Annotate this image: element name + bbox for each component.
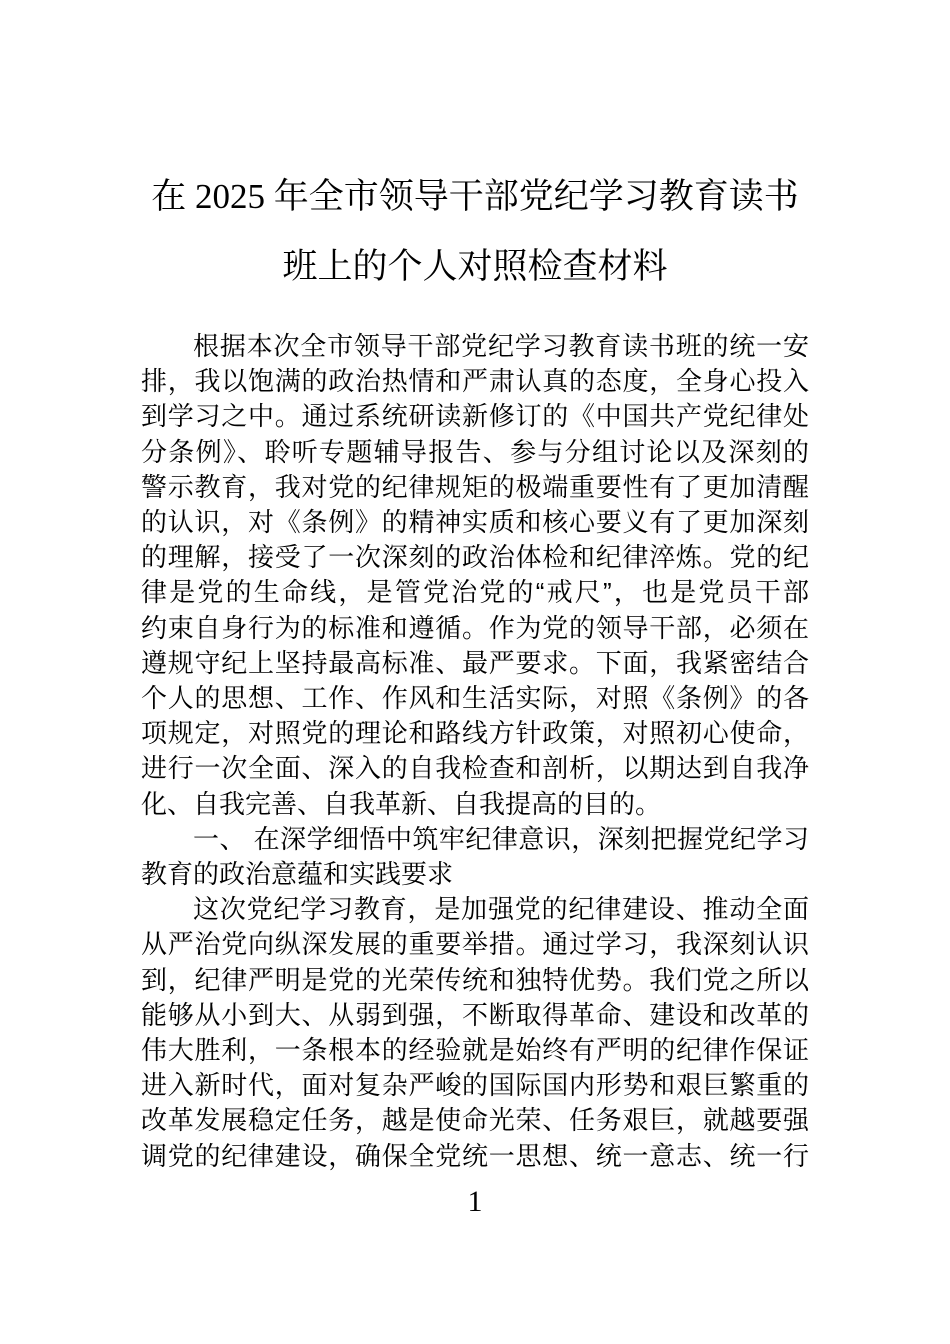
text-line: 约束自身行为的标准和遵循。作为党的领导干部，必须在 xyxy=(141,611,809,646)
text-line: 这次党纪学习教育，是加强党的纪律建设、推动全面 xyxy=(141,892,809,927)
text-line: 分条例》、聆听专题辅导报告、参与分组讨论以及深刻的 xyxy=(141,435,809,470)
text-line: 根据本次全市领导干部党纪学习教育读书班的统一安 xyxy=(141,329,809,364)
text-line: 个人的思想、工作、作风和生活实际，对照《条例》的各 xyxy=(141,681,809,716)
text-line: 伟大胜利，一条根本的经验就是始终有严明的纪律作保证 xyxy=(141,1033,809,1068)
text-line: 调党的纪律建设，确保全党统一思想、统一意志、统一行 xyxy=(141,1139,809,1174)
text-line: 一、 在深学细悟中筑牢纪律意识，深刻把握党纪学习 xyxy=(141,822,809,857)
text-line: 的认识，对《条例》的精神实质和核心要义有了更加深刻 xyxy=(141,505,809,540)
document-title: 在 2025 年全市领导干部党纪学习教育读书 班上的个人对照检查材料 xyxy=(141,0,809,302)
document-body: 根据本次全市领导干部党纪学习教育读书班的统一安排，我以饱满的政治热情和严肃认真的… xyxy=(141,329,809,1174)
intro-paragraph: 根据本次全市领导干部党纪学习教育读书班的统一安排，我以饱满的政治热情和严肃认真的… xyxy=(141,329,809,822)
section-heading-1: 一、 在深学细悟中筑牢纪律意识，深刻把握党纪学习教育的政治意蕴和实践要求 xyxy=(141,822,809,892)
text-line: 改革发展稳定任务，越是使命光荣、任务艰巨，就越要强 xyxy=(141,1103,809,1138)
title-line-1: 在 2025 年全市领导干部党纪学习教育读书 xyxy=(141,162,809,232)
title-line-2: 班上的个人对照检查材料 xyxy=(141,232,809,302)
text-line: 律是党的生命线，是管党治党的“戒尺”，也是党员干部 xyxy=(141,575,809,610)
text-line: 教育的政治意蕴和实践要求 xyxy=(141,857,809,892)
text-line: 遵规守纪上坚持最高标准、最严要求。下面，我紧密结合 xyxy=(141,646,809,681)
text-line: 从严治党向纵深发展的重要举措。通过学习，我深刻认识 xyxy=(141,927,809,962)
text-line: 到，纪律严明是党的光荣传统和独特优势。我们党之所以 xyxy=(141,963,809,998)
text-line: 化、自我完善、自我革新、自我提高的目的。 xyxy=(141,787,809,822)
document-page: 在 2025 年全市领导干部党纪学习教育读书 班上的个人对照检查材料 根据本次全… xyxy=(0,0,950,1344)
text-line: 警示教育，我对党的纪律规矩的极端重要性有了更加清醒 xyxy=(141,470,809,505)
page-number: 1 xyxy=(0,1186,950,1218)
text-line: 进行一次全面、深入的自我检查和剖析，以期达到自我净 xyxy=(141,751,809,786)
text-line: 的理解，接受了一次深刻的政治体检和纪律淬炼。党的纪 xyxy=(141,540,809,575)
text-line: 到学习之中。通过系统研读新修订的《中国共产党纪律处 xyxy=(141,399,809,434)
text-line: 排，我以饱满的政治热情和严肃认真的态度，全身心投入 xyxy=(141,364,809,399)
text-line: 能够从小到大、从弱到强，不断取得革命、建设和改革的 xyxy=(141,998,809,1033)
text-line: 项规定，对照党的理论和路线方针政策，对照初心使命， xyxy=(141,716,809,751)
body-paragraph-2: 这次党纪学习教育，是加强党的纪律建设、推动全面从严治党向纵深发展的重要举措。通过… xyxy=(141,892,809,1174)
text-line: 进入新时代，面对复杂严峻的国际国内形势和艰巨繁重的 xyxy=(141,1068,809,1103)
